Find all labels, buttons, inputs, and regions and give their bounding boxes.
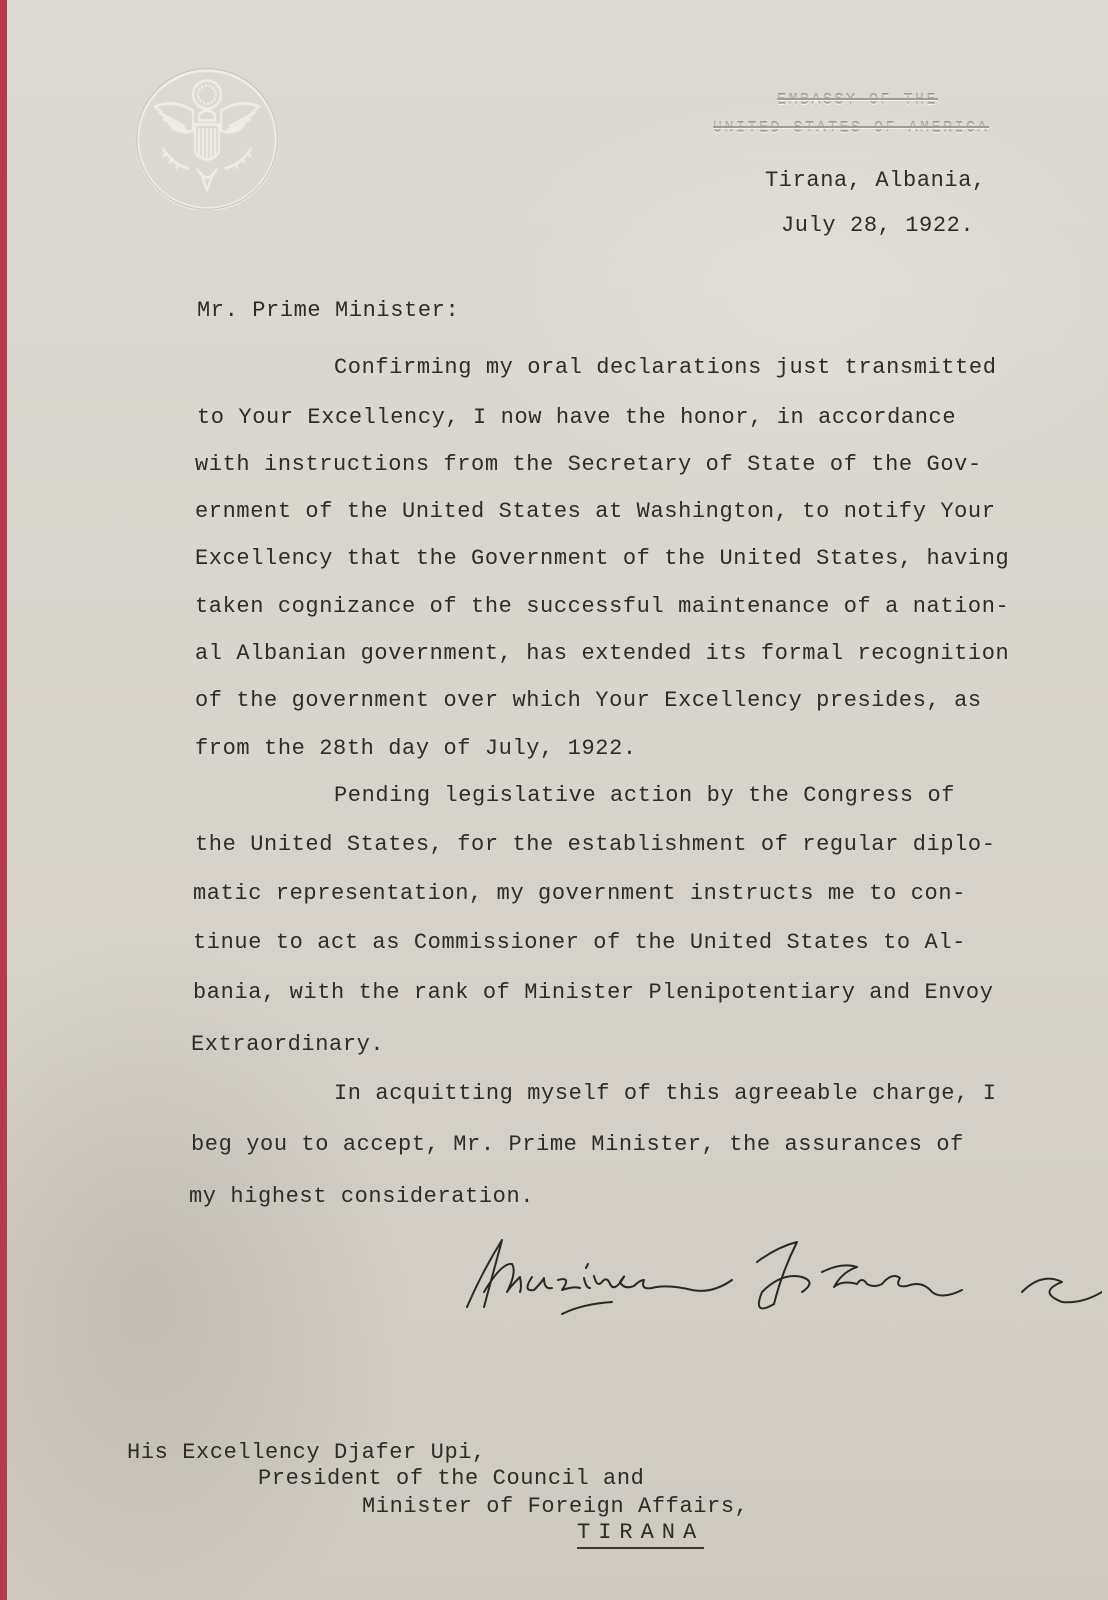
body-line: of the government over which Your Excell… <box>195 688 982 713</box>
body-line: with instructions from the Secretary of … <box>195 452 982 477</box>
signature <box>462 1232 1102 1332</box>
addressee-ministry: Minister of Foreign Affairs, <box>362 1494 748 1519</box>
body-line: Extraordinary. <box>191 1032 384 1057</box>
body-line: Pending legislative action by the Congre… <box>334 783 955 808</box>
body-line: from the 28th day of July, 1922. <box>195 736 637 761</box>
date-line: July 28, 1922. <box>781 213 974 238</box>
addressee-city: TIRANA <box>577 1520 704 1549</box>
letterhead-line-usa: UNITED STATES OF AMERICA <box>713 120 989 137</box>
body-line: al Albanian government, has extended its… <box>195 641 1009 666</box>
body-line: ernment of the United States at Washingt… <box>195 499 996 524</box>
body-line: the United States, for the establishment… <box>195 832 996 857</box>
body-line: beg you to accept, Mr. Prime Minister, t… <box>191 1132 964 1157</box>
body-line: In acquitting myself of this agreeable c… <box>334 1081 997 1106</box>
place-line: Tirana, Albania, <box>765 168 986 193</box>
body-line: tinue to act as Commissioner of the Unit… <box>193 930 966 955</box>
body-line: matic representation, my government inst… <box>193 881 966 906</box>
letterhead-line-embassy: EMBASSY OF THE <box>777 92 938 109</box>
body-line: Confirming my oral declarations just tra… <box>334 355 997 380</box>
body-line: taken cognizance of the successful maint… <box>195 594 1009 619</box>
salutation: Mr. Prime Minister: <box>197 298 459 323</box>
body-line: Excellency that the Government of the Un… <box>195 546 1009 571</box>
body-line: my highest consideration. <box>189 1184 534 1209</box>
great-seal-icon <box>133 68 281 210</box>
body-line: bania, with the rank of Minister Plenipo… <box>193 980 994 1005</box>
letter-page: EMBASSY OF THE UNITED STATES OF AMERICA … <box>7 0 1108 1600</box>
addressee-name: His Excellency Djafer Upi, <box>127 1440 486 1465</box>
body-line: to Your Excellency, I now have the honor… <box>197 405 956 430</box>
addressee-title: President of the Council and <box>258 1466 644 1491</box>
